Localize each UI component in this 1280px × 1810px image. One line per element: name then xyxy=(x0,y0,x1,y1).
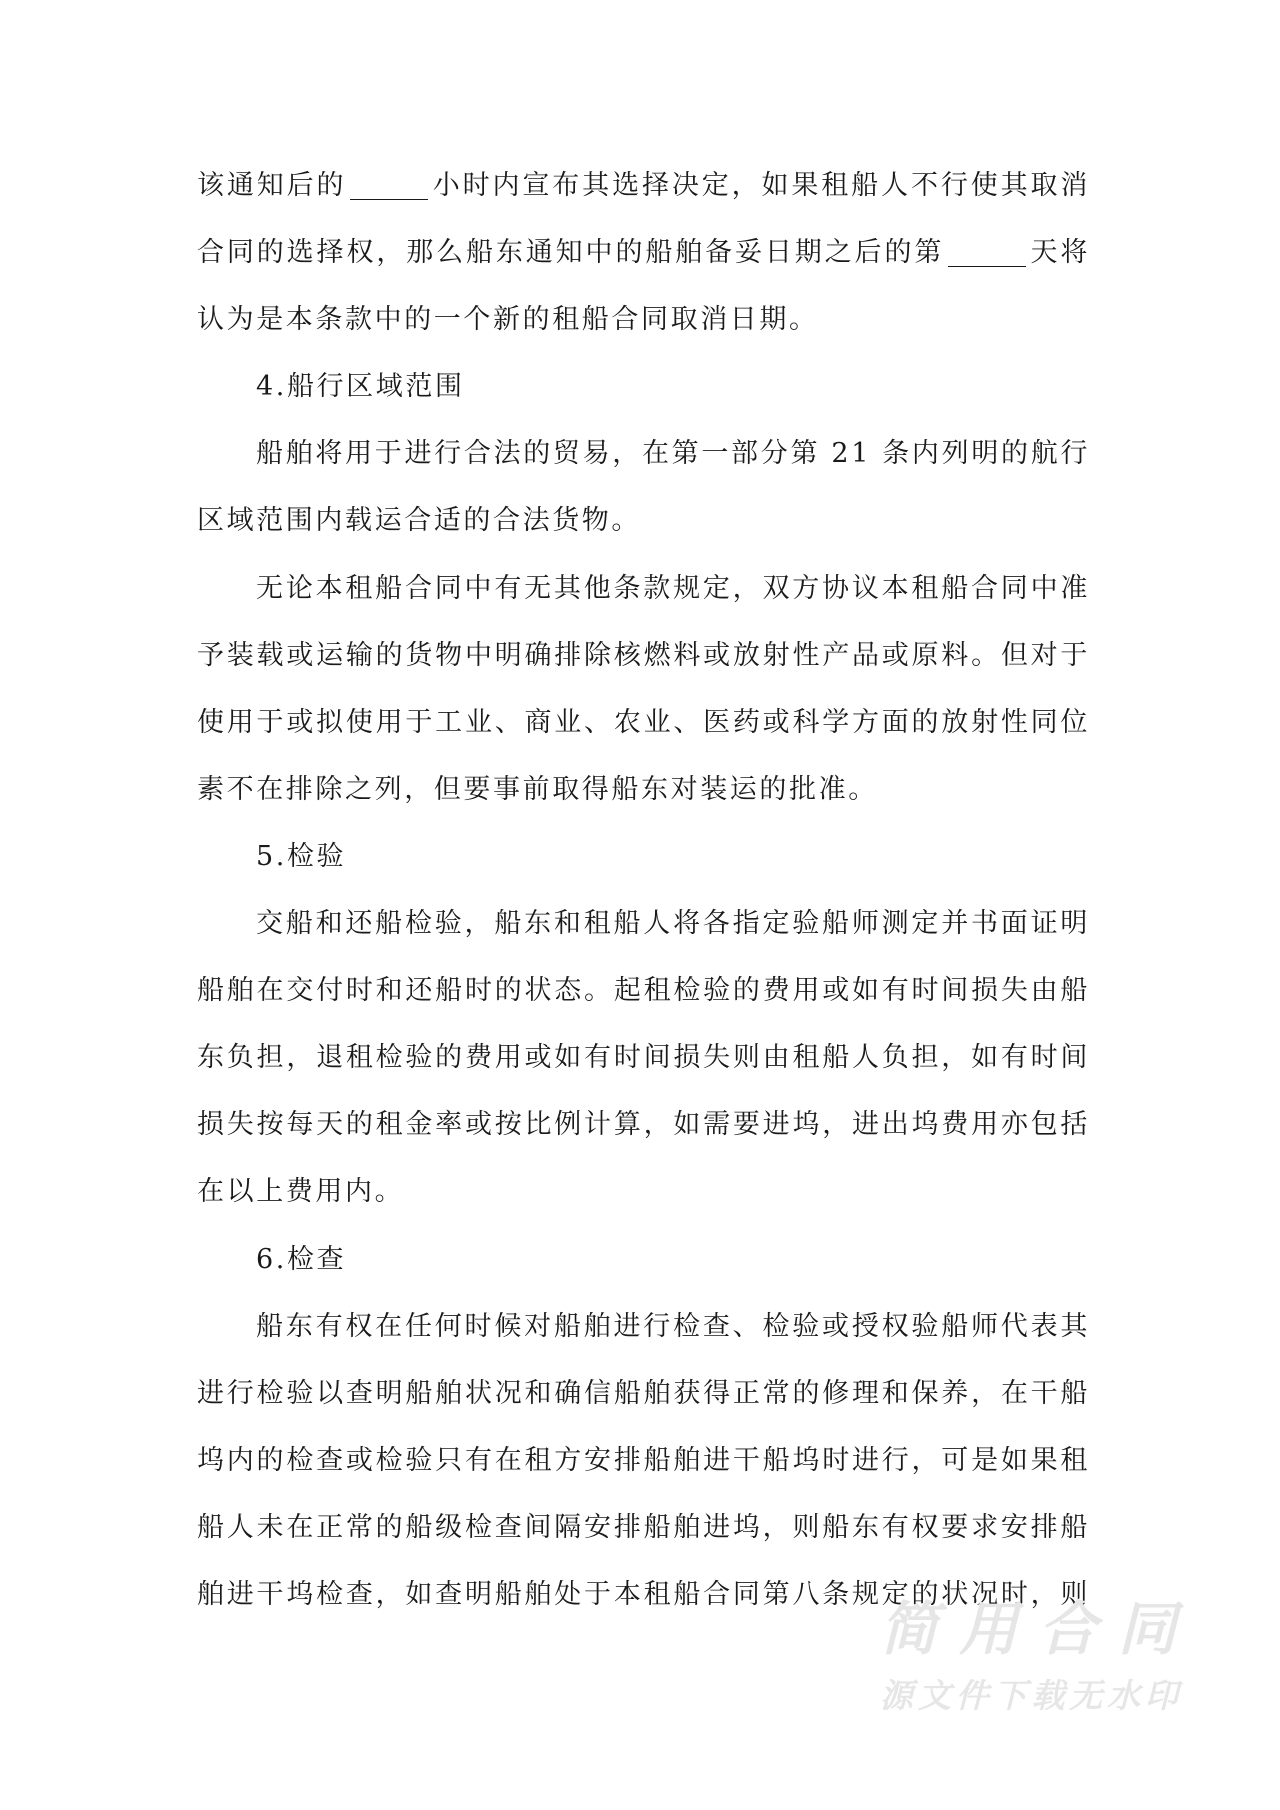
text-line: 素不在排除之列，但要事前取得船东对装运的批准。 xyxy=(197,756,1090,823)
text-line: 坞内的检查或检验只有在租方安排船舶进干船坞时进行，可是如果租 xyxy=(197,1427,1090,1494)
fill-in-blank-hours[interactable] xyxy=(350,198,428,200)
text-line: 区域范围内载运合适的合法货物。 xyxy=(197,487,1090,554)
text-segment: 小时内宣布其选择决定，如果租船人不行使其取消 xyxy=(432,170,1090,201)
text-line: 东负担，退租检验的费用或如有时间损失则由租船人负担，如有时间 xyxy=(197,1024,1090,1091)
text-segment: 天将 xyxy=(1030,237,1090,268)
text-line: 使用于或拟使用于工业、商业、农业、医药或科学方面的放射性同位 xyxy=(197,689,1090,756)
text-line: 交船和还船检验，船东和租船人将各指定验船师测定并书面证明 xyxy=(197,890,1090,957)
watermark-brand: 简用合同 xyxy=(880,1598,1180,1660)
text-line: 在以上费用内。 xyxy=(197,1158,1090,1225)
text-segment: 该通知后的 xyxy=(197,170,346,201)
watermark-tagline: 源文件下载无水印 xyxy=(880,1678,1180,1714)
text-line: 无论本租船合同中有无其他条款规定，双方协议本租船合同中准 xyxy=(197,555,1090,622)
text-segment: 合同的选择权，那么船东通知中的船舶备妥日期之后的第 xyxy=(197,237,944,268)
fill-in-blank-days[interactable] xyxy=(948,265,1026,267)
document-page: 该通知后的小时内宣布其选择决定，如果租船人不行使其取消 合同的选择权，那么船东通… xyxy=(197,152,1090,1628)
text-line: 进行检验以查明船舶状况和确信船舶获得正常的修理和保养，在干船 xyxy=(197,1360,1090,1427)
text-line: 船东有权在任何时候对船舶进行检查、检验或授权验船师代表其 xyxy=(197,1293,1090,1360)
text-line: 船人未在正常的船级检查间隔安排船舶进坞，则船东有权要求安排船 xyxy=(197,1494,1090,1561)
text-line: 该通知后的小时内宣布其选择决定，如果租船人不行使其取消 xyxy=(197,152,1090,219)
section-heading-6: 6.检查 xyxy=(197,1226,1090,1293)
section-heading-4: 4.船行区域范围 xyxy=(197,353,1090,420)
text-line: 损失按每天的租金率或按比例计算，如需要进坞，进出坞费用亦包括 xyxy=(197,1091,1090,1158)
text-line: 船舶将用于进行合法的贸易，在第一部分第 21 条内列明的航行 xyxy=(197,420,1090,487)
section-heading-5: 5.检验 xyxy=(197,823,1090,890)
text-line: 予装载或运输的货物中明确排除核燃料或放射性产品或原料。但对于 xyxy=(197,622,1090,689)
text-line: 合同的选择权，那么船东通知中的船舶备妥日期之后的第天将 xyxy=(197,219,1090,286)
text-line: 船舶在交付时和还船时的状态。起租检验的费用或如有时间损失由船 xyxy=(197,957,1090,1024)
text-line: 认为是本条款中的一个新的租船合同取消日期。 xyxy=(197,286,1090,353)
